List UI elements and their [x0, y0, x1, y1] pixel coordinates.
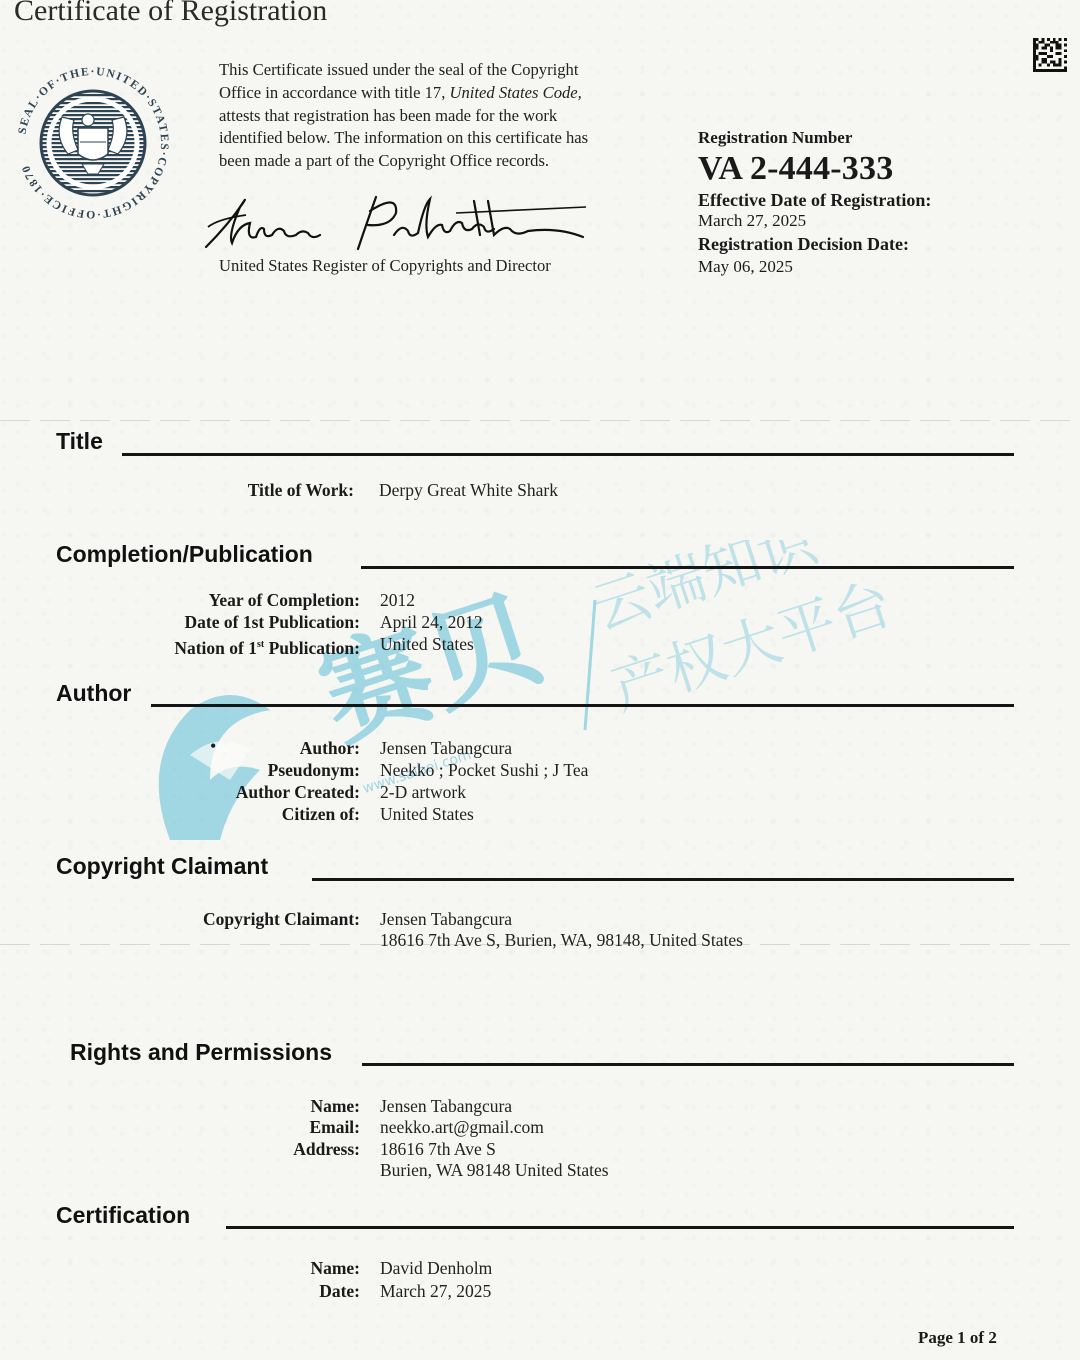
- field-value-author-created: 2-D artwork: [380, 782, 466, 803]
- field-label: Address:: [293, 1139, 360, 1161]
- field-label: Author Created:: [236, 782, 360, 804]
- field-value-claimant-address: 18616 7th Ave S, Burien, WA, 98148, Unit…: [380, 930, 743, 951]
- field-label: Title of Work:: [248, 480, 354, 502]
- field-label: Year of Completion:: [209, 590, 360, 612]
- field-value-nation-first-publication: United States: [380, 634, 474, 655]
- field-value-rights-name: Jensen Tabangcura: [380, 1096, 512, 1117]
- section-heading-certification: Certification: [56, 1202, 190, 1229]
- certificate-intro-text: This Certificate issued under the seal o…: [219, 59, 659, 173]
- field-value-rights-email: neekko.art@gmail.com: [380, 1117, 544, 1138]
- field-value-rights-address-line1: 18616 7th Ave S: [380, 1139, 496, 1160]
- page-number: Page 1 of 2: [918, 1328, 997, 1348]
- field-value-author: Jensen Tabangcura: [380, 738, 512, 759]
- section-rule: [361, 566, 1014, 569]
- svg-text:产权大平台: 产权大平台: [603, 569, 900, 723]
- field-label: Citizen of:: [282, 804, 360, 826]
- field-value-year-of-completion: 2012: [380, 590, 415, 611]
- field-value-rights-address-line2: Burien, WA 98148 United States: [380, 1160, 609, 1181]
- effective-date-label: Effective Date of Registration:: [698, 190, 931, 211]
- field-label: Date of 1st Publication:: [185, 612, 360, 634]
- section-heading-rights: Rights and Permissions: [70, 1039, 332, 1066]
- section-heading-claimant: Copyright Claimant: [56, 853, 268, 880]
- field-label: Pseudonym:: [268, 760, 360, 782]
- datamatrix-barcode-icon: [1033, 38, 1067, 72]
- fold-line-divider: [0, 420, 1080, 421]
- field-value-claimant-name: Jensen Tabangcura: [380, 909, 512, 930]
- signer-title: United States Register of Copyrights and…: [219, 256, 551, 276]
- field-label: Name:: [310, 1258, 360, 1280]
- watermark-graphic: [159, 695, 270, 840]
- field-label: Nation of 1st Publication:: [174, 634, 360, 659]
- effective-date-value: March 27, 2025: [698, 211, 806, 231]
- section-heading-title: Title: [56, 428, 103, 455]
- register-signature-icon: [198, 185, 598, 260]
- registration-number-label: Registration Number: [698, 128, 852, 148]
- field-value-date-first-publication: April 24, 2012: [380, 612, 483, 633]
- field-label: Date:: [319, 1281, 360, 1303]
- section-rule: [122, 453, 1014, 456]
- section-heading-completion: Completion/Publication: [56, 541, 313, 568]
- copyright-office-seal-icon: SEAL·OF·THE·UNITED·STATES·COPYRIGHT·OFFI…: [12, 62, 174, 224]
- field-label: Copyright Claimant:: [203, 909, 360, 931]
- field-value-pseudonym: Neekko ; Pocket Sushi ; J Tea: [380, 760, 588, 781]
- section-rule: [312, 878, 1014, 881]
- field-value-certification-date: March 27, 2025: [380, 1281, 491, 1302]
- field-value-certification-name: David Denholm: [380, 1258, 492, 1279]
- document-title: Certificate of Registration: [14, 0, 327, 28]
- svg-text:云端知识: 云端知识: [583, 540, 826, 643]
- decision-date-value: May 06, 2025: [698, 257, 793, 277]
- section-rule: [362, 1063, 1014, 1066]
- decision-date-label: Registration Decision Date:: [698, 234, 909, 255]
- field-value-title-of-work: Derpy Great White Shark: [379, 480, 558, 501]
- field-label: Author:: [300, 738, 360, 760]
- field-value-citizen-of: United States: [380, 804, 474, 825]
- field-label: Name:: [310, 1096, 360, 1118]
- section-rule: [151, 704, 1014, 707]
- author-bullet: •: [210, 736, 216, 757]
- field-label: Email:: [309, 1117, 360, 1139]
- registration-number: VA 2-444-333: [698, 150, 893, 188]
- section-heading-author: Author: [56, 680, 131, 707]
- section-rule: [226, 1226, 1014, 1229]
